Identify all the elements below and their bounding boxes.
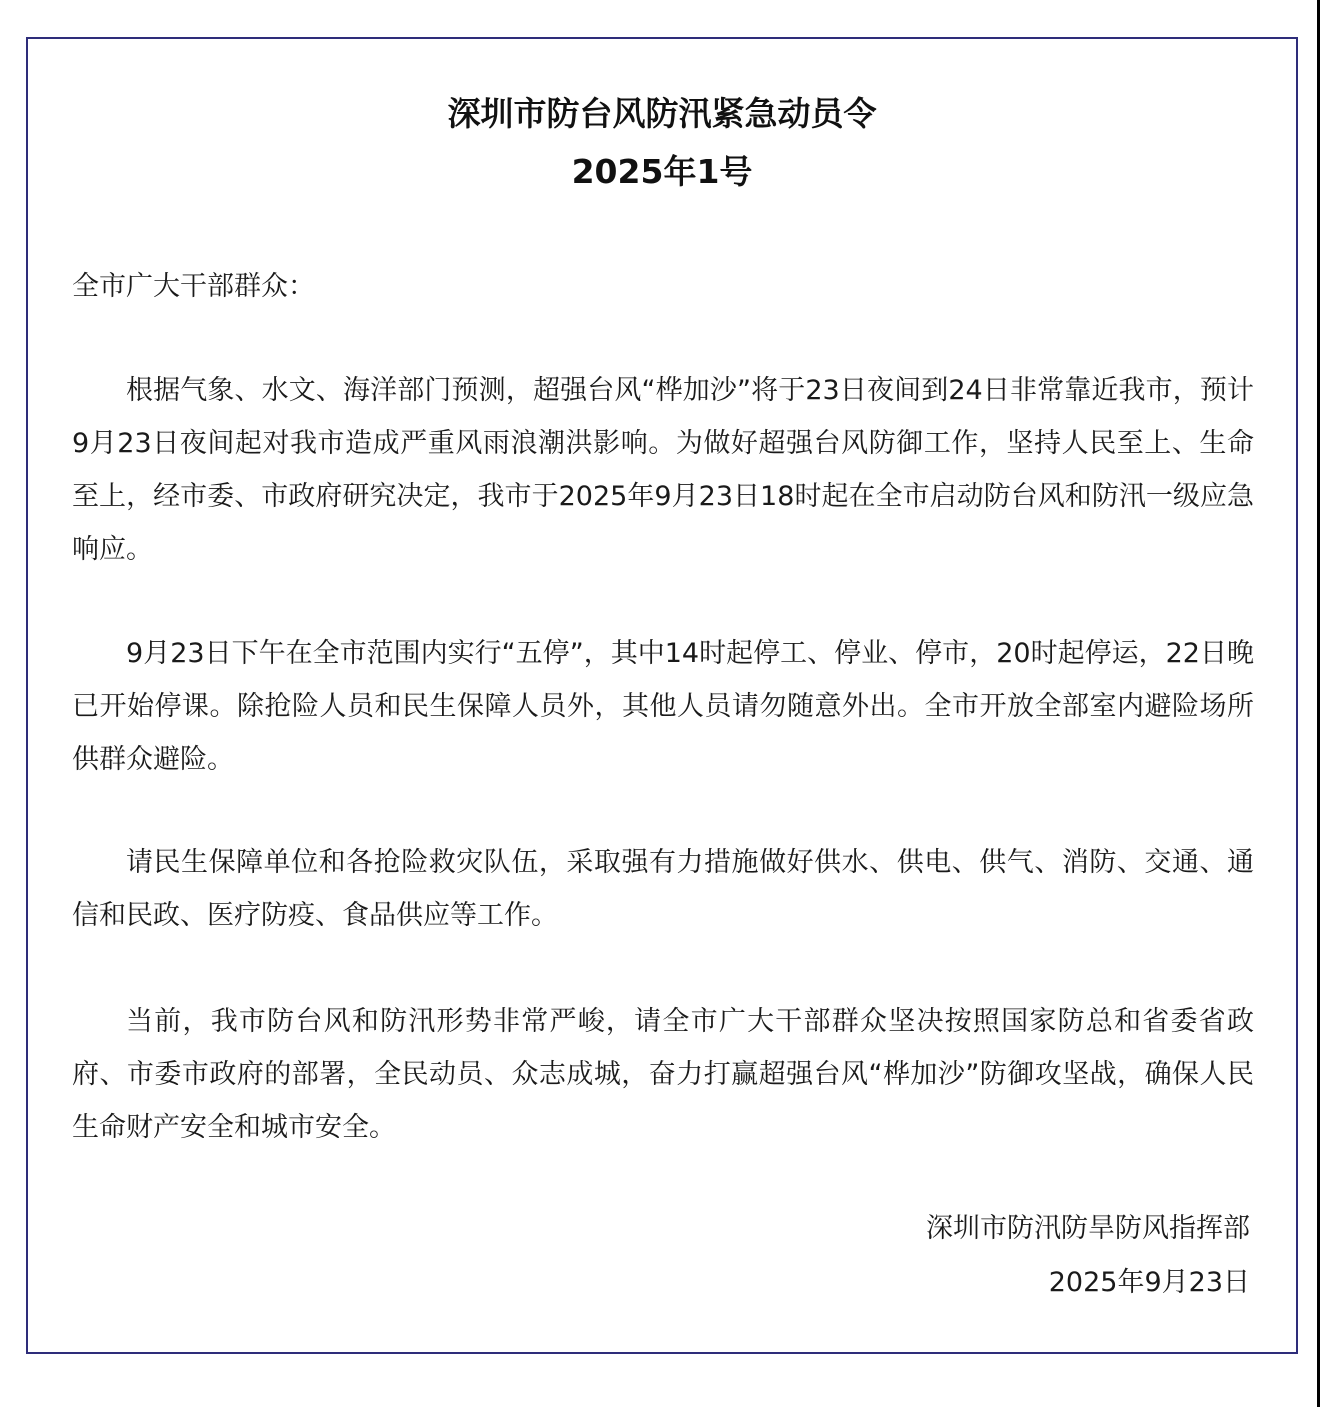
signature-date: 2025年9月23日 xyxy=(1049,1263,1250,1303)
signature-organization: 深圳市防汛防旱防风指挥部 xyxy=(926,1209,1250,1249)
paragraph-mobilization: 当前，我市防台风和防汛形势非常严峻，请全市广大干部群众坚决按照国家防总和省委省政… xyxy=(72,995,1254,1154)
paragraph-public-services: 请民生保障单位和各抢险救灾队伍，采取强有力措施做好供水、供电、供气、消防、交通、… xyxy=(72,836,1254,942)
salutation: 全市广大干部群众： xyxy=(72,267,315,307)
paragraph-five-stops: 9月23日下午在全市范围内实行“五停”，其中14时起停工、停业、停市，20时起停… xyxy=(72,627,1254,786)
document-number: 2025年1号 xyxy=(28,152,1296,192)
notice-frame: 深圳市防台风防汛紧急动员令 2025年1号 全市广大干部群众： 根据气象、水文、… xyxy=(26,37,1298,1354)
document-title: 深圳市防台风防汛紧急动员令 xyxy=(28,94,1296,134)
paragraph-forecast-response: 根据气象、水文、海洋部门预测，超强台风“桦加沙”将于23日夜间到24日非常靠近我… xyxy=(72,364,1254,576)
